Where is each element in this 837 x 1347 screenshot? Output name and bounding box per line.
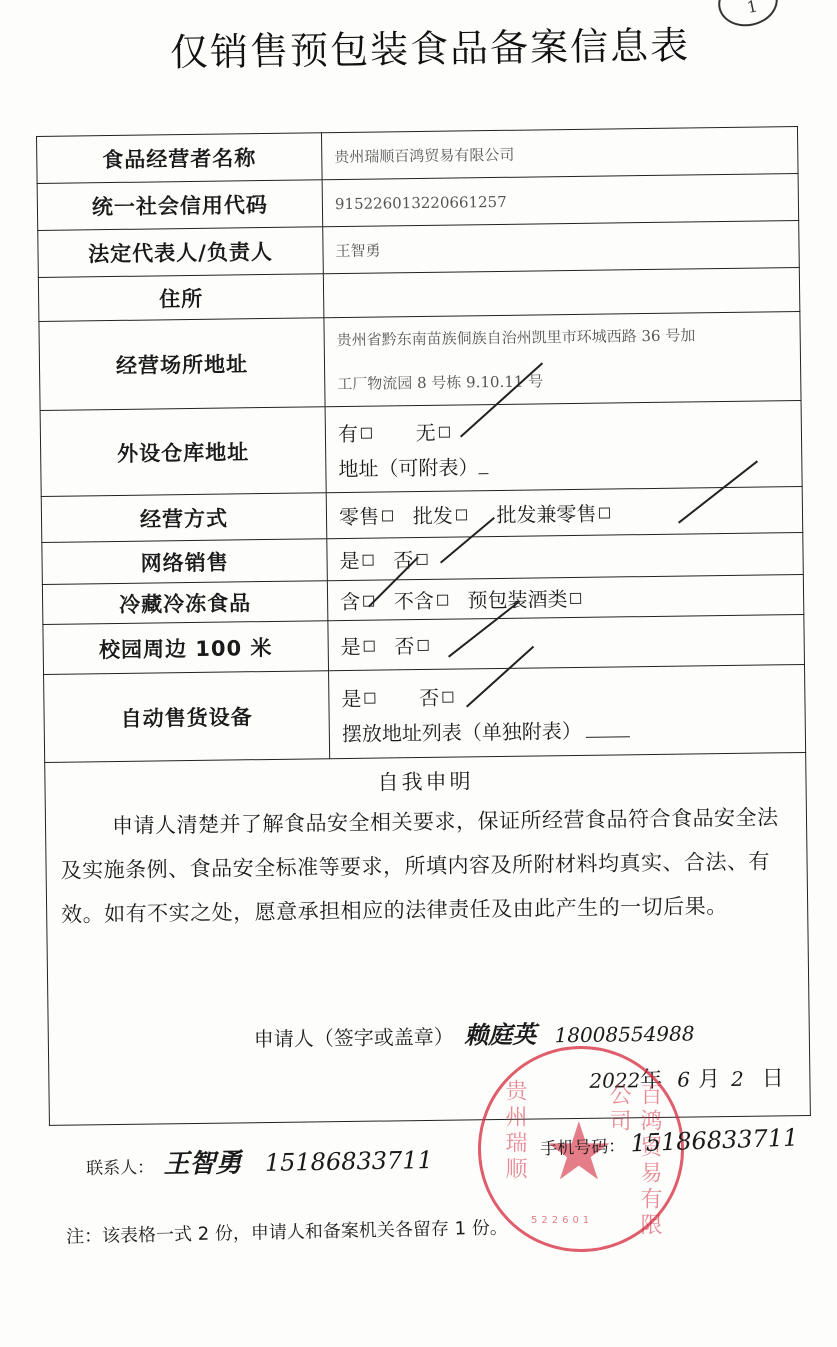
mobile-label: 手机号码： [540, 1137, 626, 1160]
seal-text-left: 贵州瑞顺 [499, 1079, 530, 1183]
option-label: 否 [394, 634, 414, 658]
blank-line[interactable] [478, 473, 488, 474]
row-warehouse: 外设仓库地址 有 无 地址（可附表） [40, 401, 802, 497]
checkbox-icon[interactable] [570, 593, 581, 604]
option-label: 否 [419, 685, 439, 709]
option-label: 预包装酒类 [467, 587, 567, 612]
checkbox-checked-icon[interactable] [439, 426, 450, 437]
value-domicile [323, 268, 800, 318]
page-title: 仅销售预包装食品备案信息表 [150, 14, 711, 77]
applicant-label: 申请人（签字或盖章） [254, 1025, 454, 1052]
checkbox-icon[interactable] [364, 692, 375, 703]
vending-address-line: 摆放地址列表（单独附表） [342, 711, 805, 746]
seal-code: 522601 [531, 1215, 593, 1226]
option-wholesale-retail[interactable]: 批发兼零售 [496, 502, 610, 527]
label-warehouse: 外设仓库地址 [40, 407, 326, 497]
month-label: 月 [698, 1067, 720, 1092]
option-label: 无 [415, 420, 435, 444]
contact-phone: 15186833711 [265, 1146, 433, 1177]
applicant-signature-line: 申请人（签字或盖章） 赖庭英 18008554988 [254, 1012, 695, 1053]
option-online-yes[interactable]: 是 [339, 549, 373, 573]
operator-name-text: 贵州瑞顺百鸿贸易有限公司 [334, 145, 514, 165]
vending-address-label: 摆放地址列表（单独附表） [342, 718, 582, 745]
checkbox-icon[interactable] [437, 595, 448, 606]
value-business-mode: 零售 批发 批发兼零售 [326, 487, 803, 539]
value-warehouse: 有 无 地址（可附表） [325, 401, 802, 493]
mobile-value: 15186833711 [630, 1124, 799, 1158]
checkbox-icon[interactable] [364, 641, 375, 652]
checkbox-icon[interactable] [363, 555, 374, 566]
label-cold-food: 冷藏冷冻食品 [42, 581, 327, 625]
checkbox-icon[interactable] [361, 427, 372, 438]
option-has-warehouse[interactable]: 有 [338, 421, 372, 445]
signature-phone: 18008554988 [554, 1021, 694, 1047]
row-business-address: 经营场所地址 贵州省黔东南苗族侗族自治州凯里市环城西路 36 号加 工厂物流园 … [39, 312, 801, 411]
day-label: 日 [762, 1066, 784, 1091]
checkbox-checked-icon[interactable] [416, 554, 427, 565]
applicant-signature[interactable]: 赖庭英 [464, 1020, 536, 1050]
seal-text-right: 百鸿贸易有限公司 [603, 1083, 665, 1249]
blank-line[interactable] [586, 736, 630, 738]
credit-code-text: 915226013220661257 [335, 192, 507, 212]
label-legal-rep: 法定代表人/负责人 [38, 227, 324, 278]
option-campus-yes[interactable]: 是 [341, 635, 375, 659]
value-campus: 是 否 [328, 614, 805, 670]
address-line-2: 工厂物流园 8 号栋 9.10.11 号 [337, 356, 801, 406]
option-online-no[interactable]: 否 [393, 548, 427, 572]
label-business-address: 经营场所地址 [39, 318, 325, 411]
contact-label: 联系人： [86, 1158, 154, 1179]
row-vending: 自动售货设备 是 否 摆放地址列表（单独附表） [44, 664, 806, 762]
option-not-contains[interactable]: 不含 [394, 589, 448, 614]
option-retail[interactable]: 零售 [339, 504, 393, 529]
option-label: 是 [339, 549, 359, 573]
checkbox-checked-icon[interactable] [417, 640, 428, 651]
info-table: 食品经营者名称 贵州瑞顺百鸿贸易有限公司 统一社会信用代码 9152260132… [36, 126, 806, 763]
option-label: 是 [341, 635, 361, 659]
value-operator-name: 贵州瑞顺百鸿贸易有限公司 [321, 127, 798, 180]
option-label: 含 [340, 590, 360, 614]
option-label: 零售 [339, 505, 379, 530]
label-operator-name: 食品经营者名称 [37, 133, 323, 184]
contact-name: 王智勇 [163, 1148, 242, 1179]
page-number: 1 [745, 0, 759, 17]
checkbox-checked-icon[interactable] [442, 691, 453, 702]
label-credit-code: 统一社会信用代码 [37, 180, 323, 231]
value-business-address: 贵州省黔东南苗族侗族自治州凯里市环城西路 36 号加 工厂物流园 8 号栋 9.… [324, 312, 801, 407]
value-legal-rep: 王智勇 [323, 221, 800, 274]
label-vending: 自动售货设备 [44, 671, 330, 763]
self-declaration: 自我申明 申请人清楚并了解食品安全相关要求，保证所经营食品符合食品安全法及实施条… [44, 753, 811, 1126]
option-label: 批发 [413, 504, 453, 529]
contact-person: 联系人： 王智勇 15186833711 [86, 1139, 433, 1182]
label-campus: 校园周边 100 米 [43, 621, 329, 675]
page-number-circle: 1 [714, 0, 783, 32]
option-campus-no[interactable]: 否 [394, 634, 428, 658]
address-line-1: 贵州省黔东南苗族侗族自治州凯里市环城西路 36 号加 [336, 312, 800, 362]
label-domicile: 住所 [38, 274, 324, 322]
footnote: 注：该表格一式 2 份，申请人和备案机关各留存 1 份。 [66, 1213, 508, 1248]
legal-rep-text: 王智勇 [335, 241, 380, 260]
option-vending-yes[interactable]: 是 [341, 686, 375, 710]
declaration-body: 申请人清楚并了解食品安全相关要求，保证所经营食品符合食品安全法及实施条例、食品安… [46, 791, 808, 937]
option-wholesale[interactable]: 批发 [413, 503, 467, 528]
warehouse-address-label: 地址（可附表） [338, 455, 478, 481]
date-day: 2 [731, 1067, 744, 1091]
value-cold-food: 含 不含 预包装酒类 [327, 574, 803, 620]
option-label: 批发兼零售 [496, 502, 596, 527]
checkbox-checked-icon[interactable] [599, 508, 610, 519]
option-label: 是 [341, 686, 361, 710]
option-vending-no[interactable]: 否 [419, 685, 453, 709]
value-online-sales: 是 否 [327, 532, 804, 580]
warehouse-address-line: 地址（可附表） [338, 447, 801, 482]
checkbox-icon[interactable] [382, 510, 393, 521]
label-online-sales: 网络销售 [42, 539, 328, 585]
checkbox-icon[interactable] [456, 509, 467, 520]
option-label: 有 [338, 421, 358, 445]
option-no-warehouse[interactable]: 无 [415, 420, 449, 444]
option-label: 不含 [394, 589, 434, 614]
option-packaged-liquor[interactable]: 预包装酒类 [467, 587, 581, 612]
filing-form: 食品经营者名称 贵州瑞顺百鸿贸易有限公司 统一社会信用代码 9152260132… [36, 126, 811, 1126]
value-vending: 是 否 摆放地址列表（单独附表） [329, 664, 806, 758]
value-credit-code: 915226013220661257 [322, 174, 799, 227]
option-contains[interactable]: 含 [340, 590, 374, 614]
date-month: 6 [677, 1068, 690, 1092]
label-business-mode: 经营方式 [41, 493, 327, 543]
